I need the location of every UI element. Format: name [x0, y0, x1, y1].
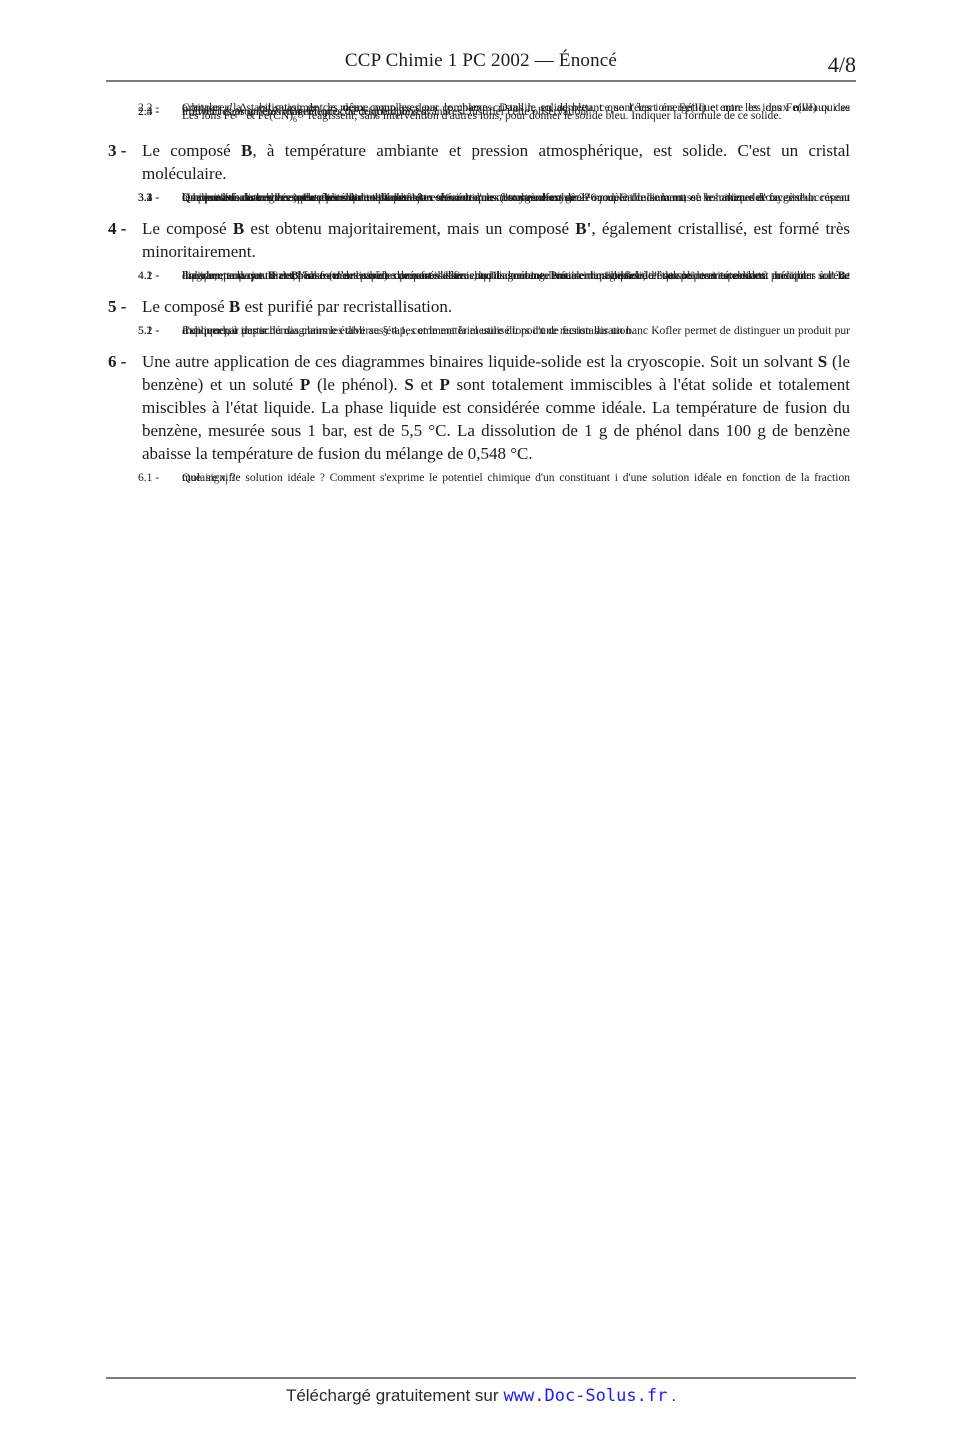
question-number: 2.4 -: [138, 112, 182, 120]
section-item: 4 -Le composé B est obtenu majoritaireme…: [108, 217, 850, 263]
page-header: CCP Chimie 1 PC 2002 — Énoncé 4/8: [106, 0, 856, 82]
header-rule: [106, 80, 856, 82]
header-row: CCP Chimie 1 PC 2002 — Énoncé 4/8: [106, 0, 856, 76]
footer-period: .: [671, 1386, 676, 1405]
footer-credit: Téléchargé gratuitement sur: [286, 1386, 499, 1405]
document-page: CCP Chimie 1 PC 2002 — Énoncé 4/8 2.2 -C…: [0, 0, 980, 1441]
question-item: 2.4 -Les ions Fe3+ et Fe(CN)64− réagisse…: [108, 112, 850, 120]
question-text: Que signifie solution idéale ? Comment s…: [182, 478, 850, 482]
doc-solus-link[interactable]: www.Doc-Solus.fr: [504, 1386, 668, 1406]
question-text: Le composé B est obtenu majoritairement,…: [142, 217, 850, 263]
question-number: 5 -: [108, 295, 142, 318]
question-text: Le composé B est purifié par recristalli…: [142, 295, 850, 318]
question-number: 6.1 -: [138, 478, 182, 482]
question-text: Une autre application de ces diagrammes …: [142, 350, 850, 465]
question-text: Les ions Fe3+ et Fe(CN)64− réagissent, s…: [182, 112, 850, 120]
page-number: 4/8: [828, 52, 856, 78]
question-number: 4 -: [108, 217, 142, 263]
footer-text: Téléchargé gratuitement surwww.Doc-Solus…: [106, 1379, 856, 1406]
page-footer: Téléchargé gratuitement surwww.Doc-Solus…: [106, 1377, 856, 1406]
section-item: 6 -Une autre application de ces diagramm…: [108, 350, 850, 465]
questions: 2.2 -Comparer la stabilisation de ces de…: [108, 108, 850, 483]
section-item: 3 -Le composé B, à température ambiante …: [108, 139, 850, 185]
question-number: 3 -: [108, 139, 142, 185]
question-text: Le composé B, à température ambiante et …: [142, 139, 850, 185]
question-item: 6.1 -Que signifie solution idéale ? Comm…: [108, 478, 850, 482]
section-item: 5 -Le composé B est purifié par recrista…: [108, 295, 850, 318]
question-number: 6 -: [108, 350, 142, 465]
header-title: CCP Chimie 1 PC 2002 — Énoncé: [106, 50, 856, 72]
